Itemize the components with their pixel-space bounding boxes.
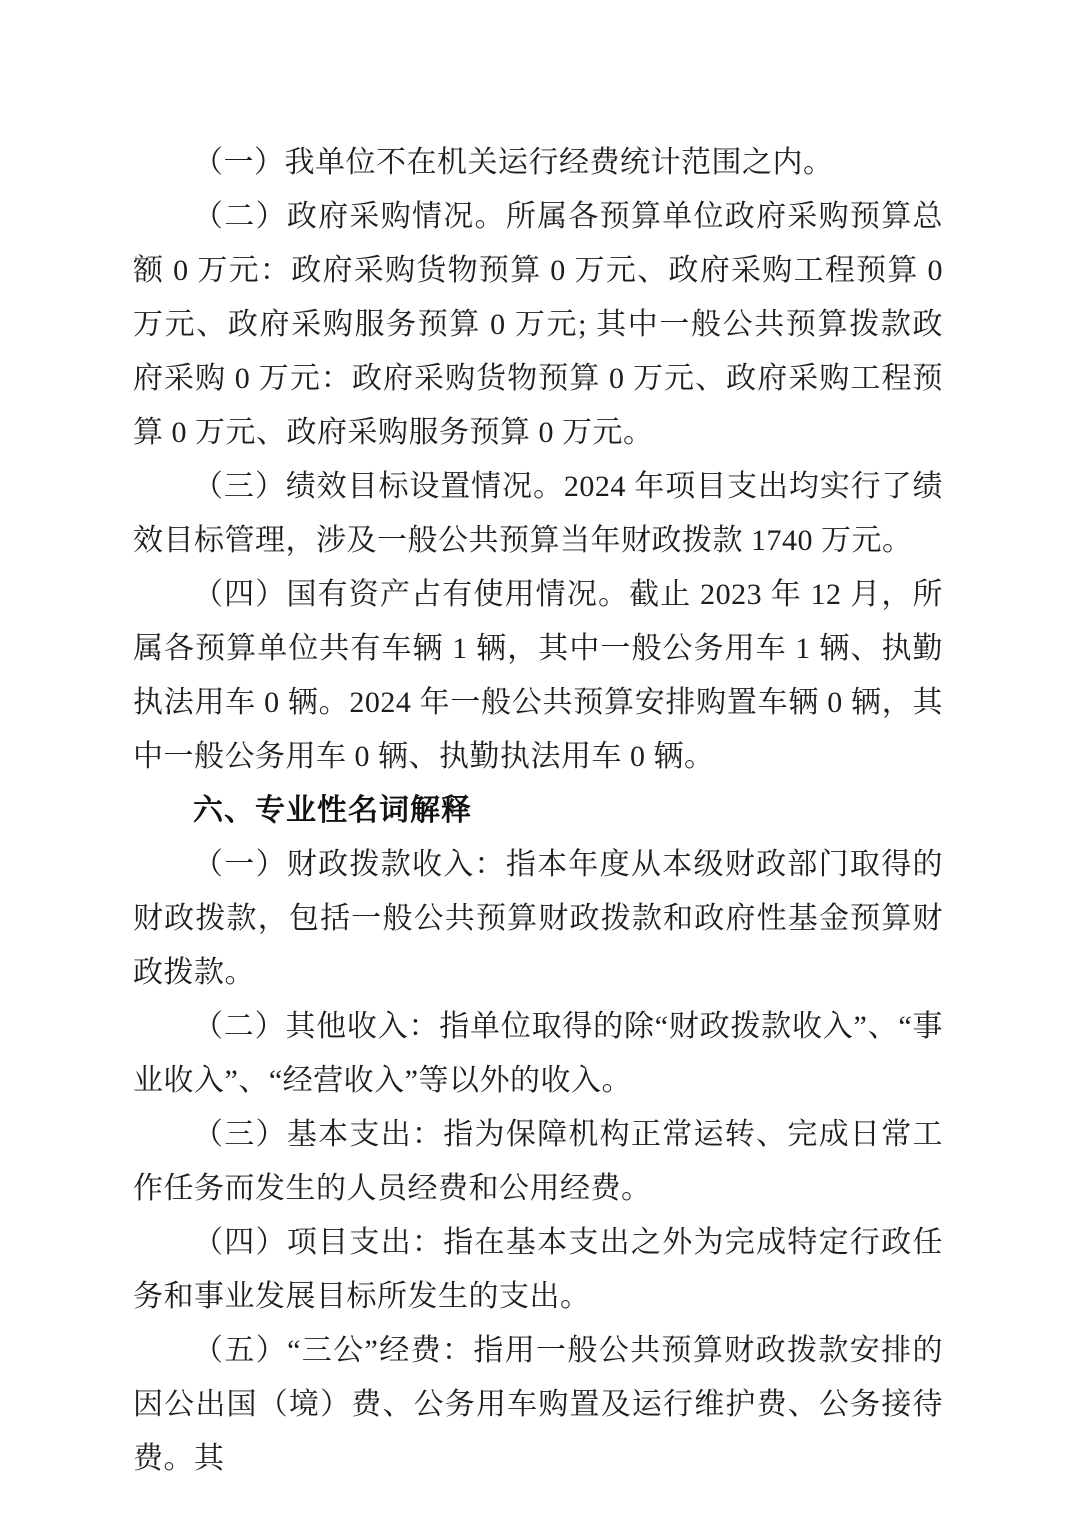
paragraph-performance-targets: （三）绩效目标设置情况。2024 年项目支出均实行了绩效目标管理，涉及一般公共预… xyxy=(133,460,943,568)
paragraph-gov-procurement: （二）政府采购情况。所属各预算单位政府采购预算总额 0 万元：政府采购货物预算 … xyxy=(133,190,943,460)
paragraph-gov-operating-expense: （一）我单位不在机关运行经费统计范围之内。 xyxy=(133,136,943,190)
paragraph-def-basic-expenditure: （三）基本支出：指为保障机构正常运转、完成日常工作任务而发生的人员经费和公用经费… xyxy=(133,1108,943,1216)
paragraph-state-assets: （四）国有资产占有使用情况。截止 2023 年 12 月，所属各预算单位共有车辆… xyxy=(133,568,943,784)
paragraph-def-project-expenditure: （四）项目支出：指在基本支出之外为完成特定行政任务和事业发展目标所发生的支出。 xyxy=(133,1216,943,1324)
paragraph-def-other-income: （二）其他收入：指单位取得的除“财政拨款收入”、“事业收入”、“经营收入”等以外… xyxy=(133,1000,943,1108)
section-heading-glossary: 六、专业性名词解释 xyxy=(133,784,943,838)
paragraph-def-three-public-funds: （五）“三公”经费：指用一般公共预算财政拨款安排的因公出国（境）费、公务用车购置… xyxy=(133,1324,943,1486)
document-page: （一）我单位不在机关运行经费统计范围之内。 （二）政府采购情况。所属各预算单位政… xyxy=(0,0,1074,1520)
paragraph-def-fiscal-appropriation: （一）财政拨款收入：指本年度从本级财政部门取得的财政拨款，包括一般公共预算财政拨… xyxy=(133,838,943,1000)
